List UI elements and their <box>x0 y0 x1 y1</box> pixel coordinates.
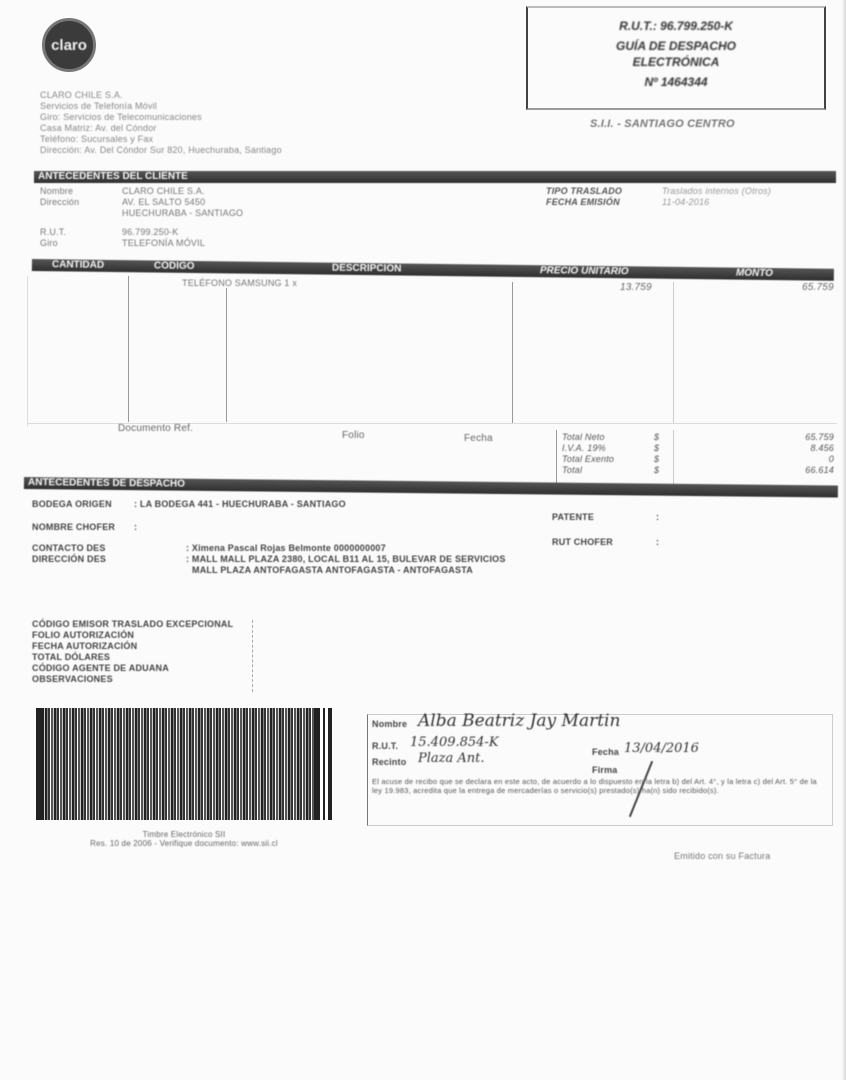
folio-rut: R.U.T.: 96.799.250-K <box>528 18 824 34</box>
patente-label: PATENTE <box>552 512 656 523</box>
issuer-line: Teléfono: Sucursales y Fax <box>40 134 340 145</box>
patente-value: : <box>656 512 659 522</box>
client-value: 96.799.250-K <box>122 227 178 238</box>
fecha-emision-label: FECHA EMISIÓN <box>546 197 662 208</box>
col-codigo: CÓDIGO <box>154 260 195 272</box>
direccion-value-2: MALL PLAZA ANTOFAGASTA ANTOFAGASTA - ANT… <box>192 565 473 575</box>
col-cantidad: CANTIDAD <box>52 259 104 272</box>
receipt-rut-label: R.U.T. <box>372 741 398 752</box>
folio-ref-label: Folio <box>342 430 365 442</box>
issuer-line: Servicios de Telefonía Móvil <box>40 101 340 112</box>
item-amount: 65.759 <box>802 282 834 293</box>
bodega-origen-row: BODEGA ORIGEN: LA BODEGA 441 - HUECHURAB… <box>32 499 346 510</box>
fecha-ref-label: Fecha <box>464 433 493 445</box>
total-label: I.V.A. 19% <box>562 443 606 453</box>
total-label: Total Exento <box>562 454 614 464</box>
receipt-fecha-label: Fecha <box>592 747 619 758</box>
table-divider <box>226 288 227 422</box>
sii-office: S.I.I. - SANTIAGO CENTRO <box>590 118 735 130</box>
issuer-line: Giro: Servicios de Telecomunicaciones <box>40 112 340 123</box>
client-label <box>40 208 122 219</box>
footer-note: Emitido con su Factura <box>674 851 770 861</box>
contacto-row: CONTACTO DES: Ximena Pascal Rojas Belmon… <box>32 543 506 576</box>
receipt-recinto-value: Plaza Ant. <box>418 751 485 766</box>
dispatch-section-header: ANTECEDENTES DE DESPACHO <box>24 477 838 498</box>
issuer-info: CLARO CHILE S.A. Servicios de Telefonía … <box>40 90 340 156</box>
client-label: Giro <box>40 238 122 249</box>
timbre-barcode <box>36 708 332 820</box>
totals-block: Total Neto$65.759 I.V.A. 19%$8.456 Total… <box>562 432 834 476</box>
tipo-traslado-value: Traslados internos (Otros) <box>662 186 771 197</box>
receipt-fecha-value: 13/04/2016 <box>624 741 699 756</box>
rut-chofer-value: : <box>656 537 659 547</box>
timbre-line1: Timbre Electrónico SII <box>36 830 332 839</box>
direccion-value: : MALL MALL PLAZA 2380, LOCAL B11 AL 15,… <box>186 554 506 564</box>
bodega-origen-value: : LA BODEGA 441 - HUECHURABA - SANTIAGO <box>134 499 346 509</box>
table-divider <box>673 282 674 424</box>
client-fields: NombreCLARO CHILE S.A. DirecciónAV. EL S… <box>40 186 243 249</box>
client-label: Dirección <box>40 197 122 208</box>
client-label: Nombre <box>40 186 122 197</box>
issuer-line: Casa Matriz: Av. del Cóndor <box>40 123 340 134</box>
doc-type-line2: ELECTRÓNICA <box>528 54 824 70</box>
claro-logo: claro <box>42 18 96 72</box>
receipt-nombre-value: Alba Beatriz Jay Martin <box>418 711 620 731</box>
issuer-line: CLARO CHILE S.A. <box>40 90 340 101</box>
export-labels: CÓDIGO EMISOR TRASLADO EXCEPCIONAL FOLIO… <box>32 619 233 685</box>
receipt-legal-text: El acuse de recibo que se declara en est… <box>372 777 828 795</box>
col-descripcion: DESCRIPCIÓN <box>332 263 402 276</box>
client-value: AV. EL SALTO 5450 <box>122 197 205 208</box>
rut-chofer-label: RUT CHOFER <box>552 537 656 548</box>
receipt-box: Nombre Alba Beatriz Jay Martin R.U.T. 15… <box>367 714 833 826</box>
total-value: 65.759 <box>805 432 834 443</box>
export-label: FOLIO AUTORIZACIÓN <box>32 630 233 641</box>
chofer-row: NOMBRE CHOFER: <box>32 522 137 533</box>
table-border <box>27 276 28 426</box>
client-section-title: ANTECEDENTES DEL CLIENTE <box>38 171 188 183</box>
timbre-caption: Timbre Electrónico SII Res. 10 de 2006 -… <box>36 830 332 848</box>
fecha-emision-value: 11-04-2016 <box>662 197 709 208</box>
total-value: 66.614 <box>805 465 834 476</box>
client-right-fields: TIPO TRASLADOTraslados internos (Otros) … <box>546 186 771 208</box>
total-label: Total Neto <box>562 432 605 442</box>
tipo-traslado-label: TIPO TRASLADO <box>546 186 662 197</box>
totals-border <box>556 430 557 486</box>
total-currency: $ <box>654 443 659 454</box>
total-value: 8.456 <box>810 443 834 454</box>
client-value: CLARO CHILE S.A. <box>122 186 205 197</box>
folio-box: R.U.T.: 96.799.250-K GUÍA DE DESPACHO EL… <box>526 6 826 110</box>
contacto-value: : Ximena Pascal Rojas Belmonte 000000000… <box>186 543 386 553</box>
contacto-label: CONTACTO DES <box>32 543 186 554</box>
total-currency: $ <box>654 432 659 443</box>
client-value: HUECHURABA - SANTIAGO <box>122 208 243 219</box>
export-label: CÓDIGO EMISOR TRASLADO EXCEPCIONAL <box>32 619 233 630</box>
dispatch-section-title: ANTECEDENTES DE DESPACHO <box>28 477 185 491</box>
receipt-recinto-label: Recinto <box>372 757 406 768</box>
item-unit-price: 13.759 <box>620 282 652 293</box>
export-divider <box>252 620 254 692</box>
table-divider <box>128 276 129 422</box>
client-value: TELEFONÍA MÓVIL <box>122 238 205 249</box>
timbre-line2: Res. 10 de 2006 - Verifique documento: w… <box>36 839 332 848</box>
total-value: 0 <box>829 454 834 465</box>
folio-number: Nº 1464344 <box>528 74 824 90</box>
direccion-label: DIRECCIÓN DES <box>32 554 186 565</box>
client-section-header: ANTECEDENTES DEL CLIENTE <box>34 171 836 183</box>
items-table-header: CANTIDAD CÓDIGO DESCRIPCIÓN PRECIO UNITA… <box>32 259 834 281</box>
receipt-rut-value: 15.409.854-K <box>410 735 499 750</box>
col-monto: MONTO <box>736 268 773 280</box>
chofer-value: : <box>134 522 137 532</box>
export-label: FECHA AUTORIZACIÓN <box>32 641 233 652</box>
bodega-origen-label: BODEGA ORIGEN <box>32 499 134 510</box>
patente-row: PATENTE: <box>552 512 659 523</box>
logo-text: claro <box>51 37 87 54</box>
export-label: TOTAL DÓLARES <box>32 652 233 663</box>
chofer-label: NOMBRE CHOFER <box>32 522 134 533</box>
total-currency: $ <box>654 454 659 465</box>
doc-ref-label: Documento Ref. <box>118 423 193 435</box>
receipt-firma-label: Firma <box>592 765 618 776</box>
receipt-nombre-label: Nombre <box>372 719 407 730</box>
table-divider <box>512 282 513 424</box>
col-precio-unitario: PRECIO UNITARIO <box>540 265 629 278</box>
item-description: TELÉFONO SAMSUNG 1 x <box>182 278 297 288</box>
rut-chofer-row: RUT CHOFER: <box>552 537 659 548</box>
doc-type-line1: GUÍA DE DESPACHO <box>528 38 824 54</box>
export-label: OBSERVACIONES <box>32 674 233 685</box>
issuer-line: Dirección: Av. Del Cóndor Sur 820, Huech… <box>40 145 340 156</box>
page-edge <box>842 0 846 1080</box>
client-label: R.U.T. <box>40 227 122 238</box>
export-label: CÓDIGO AGENTE DE ADUANA <box>32 663 233 674</box>
total-currency: $ <box>654 465 659 476</box>
total-label: Total <box>562 465 582 475</box>
